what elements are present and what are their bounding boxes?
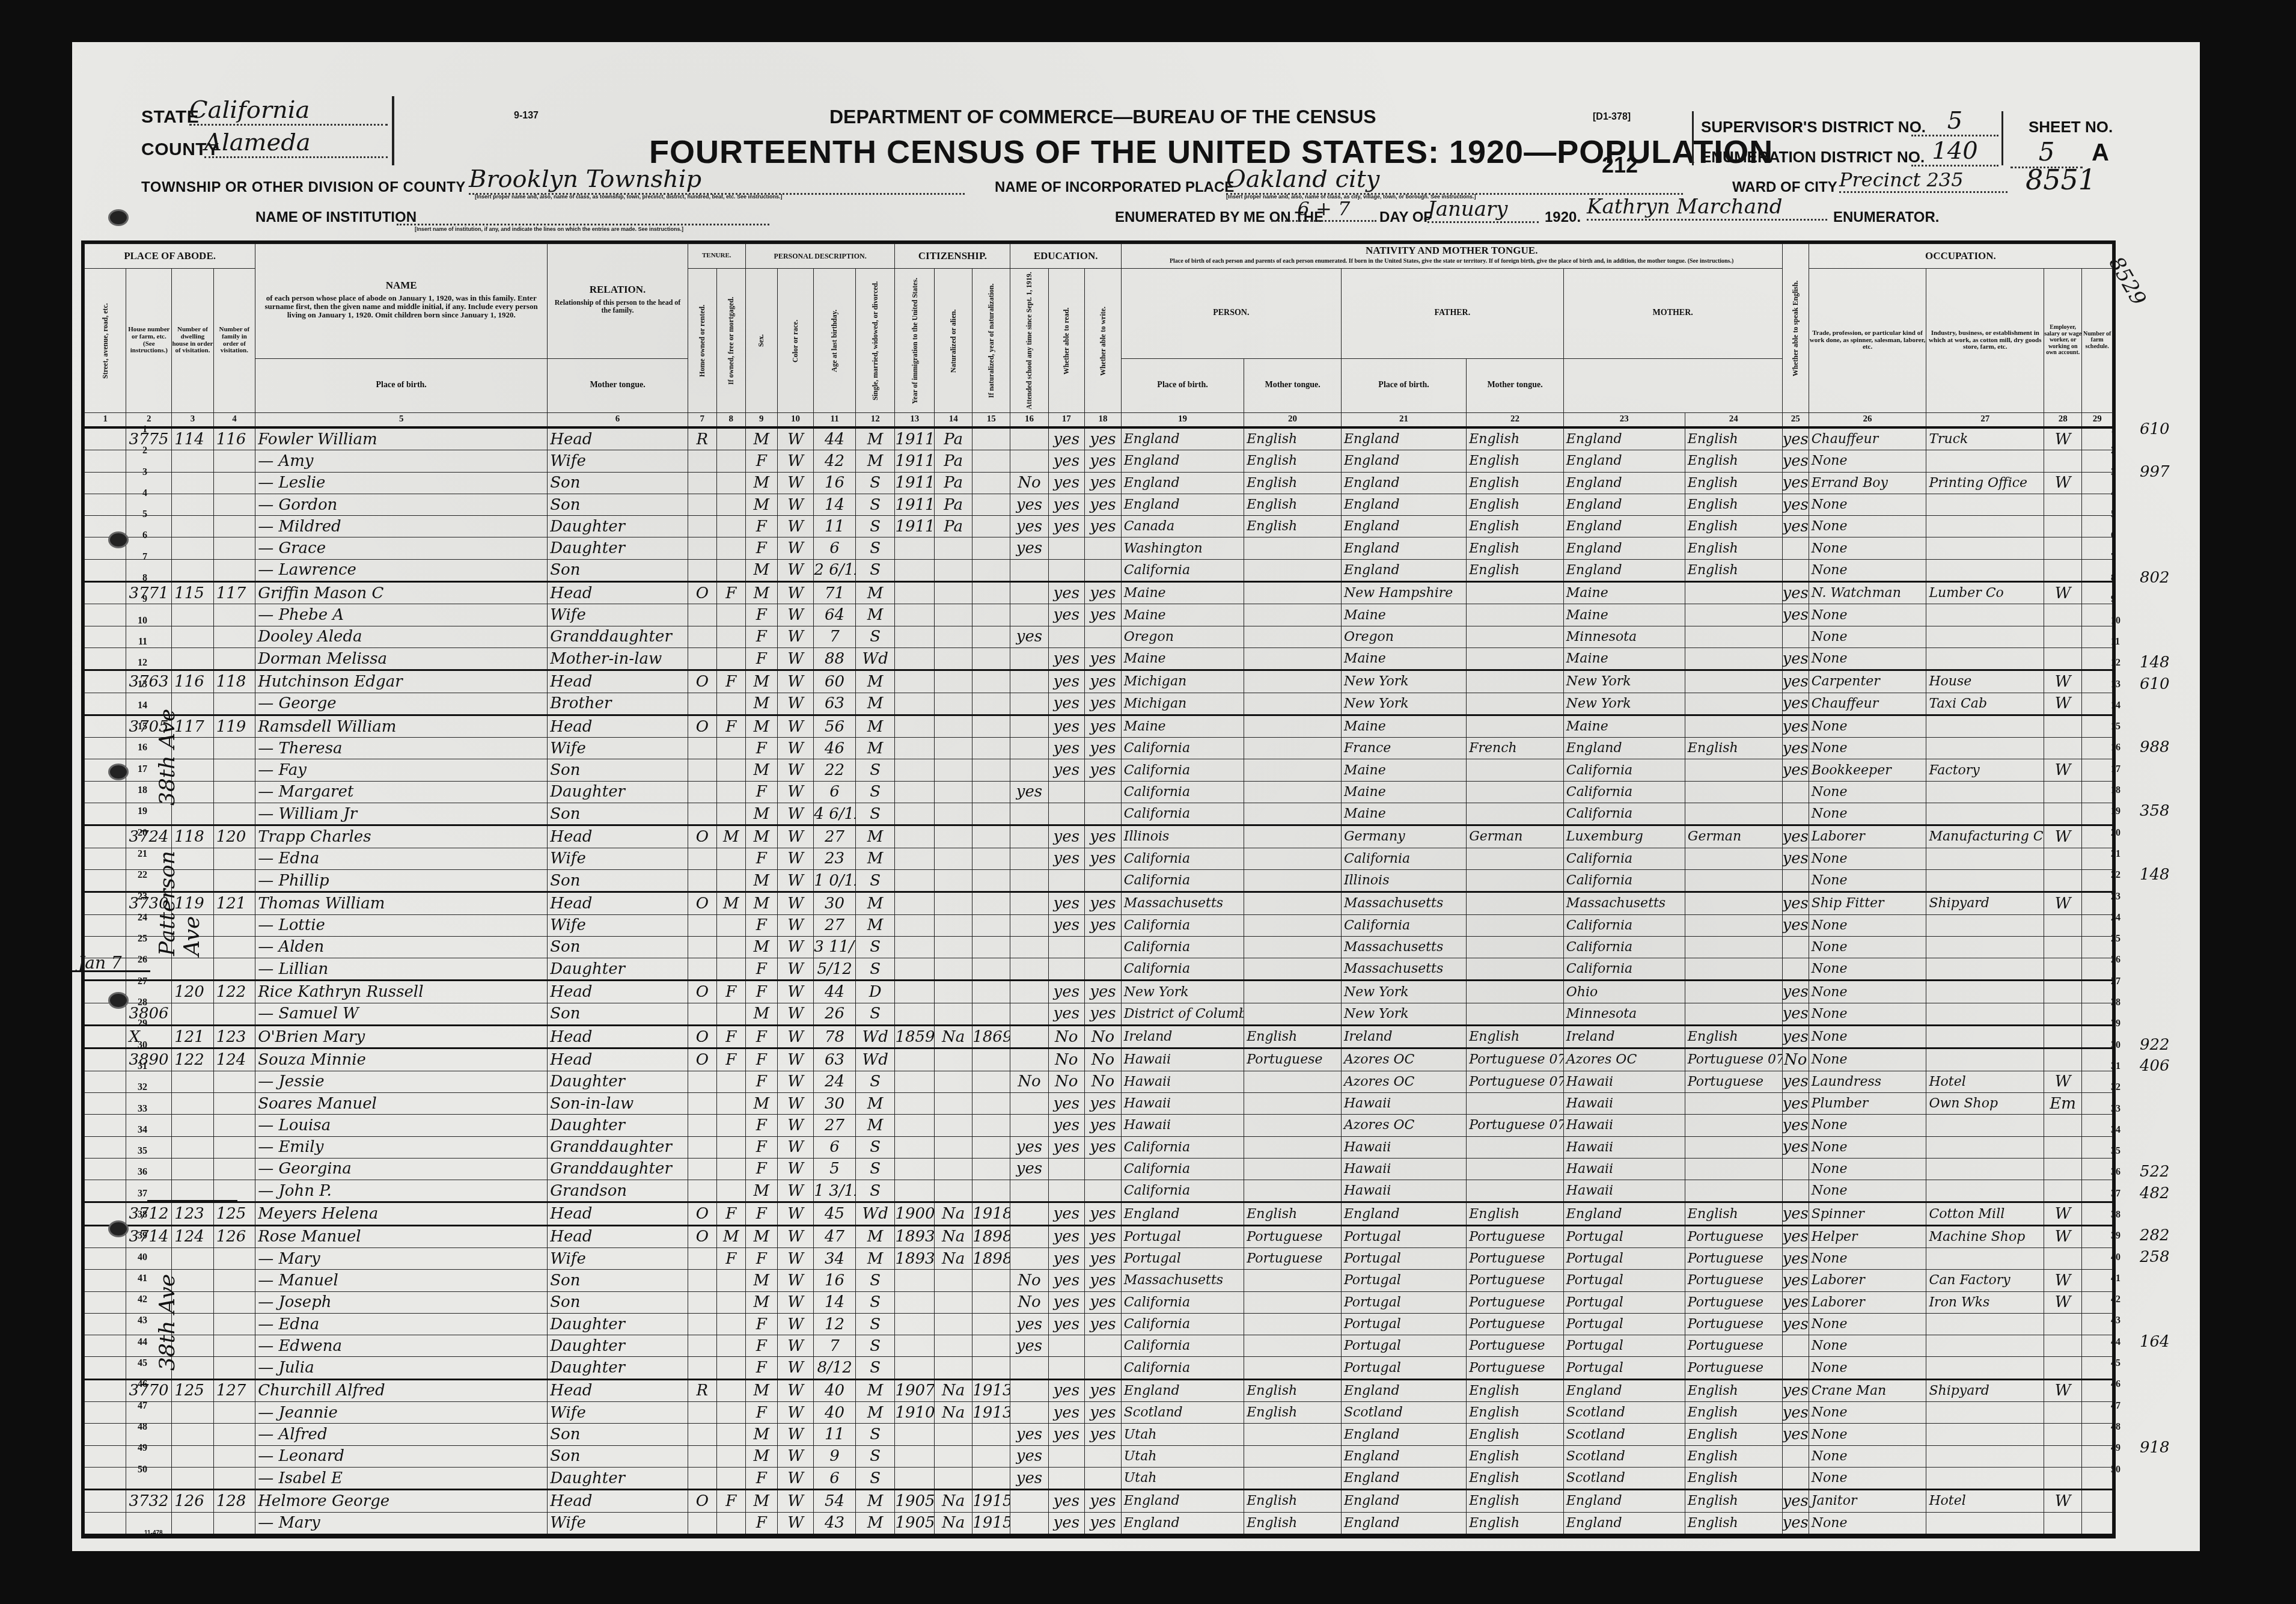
farm-schedule-cell xyxy=(2082,1270,2113,1291)
mortgage-cell xyxy=(716,1003,745,1025)
person-name-cell: — Manuel xyxy=(255,1270,548,1291)
farm-schedule-cell xyxy=(2082,914,2113,936)
home-owned-cell xyxy=(688,738,716,759)
father-tongue-cell: Portuguese 07 xyxy=(1467,1048,1564,1071)
employer-class-cell xyxy=(2044,1158,2082,1180)
can-write-cell: yes xyxy=(1085,1003,1122,1025)
can-write-cell xyxy=(1085,958,1122,981)
mortgage-cell: F xyxy=(716,1247,745,1269)
father-birthplace-cell: Portugal xyxy=(1341,1313,1466,1335)
can-write-cell xyxy=(1085,1180,1122,1202)
line-number: 45 xyxy=(129,1353,147,1374)
employer-class-cell xyxy=(2044,516,2082,537)
col-26-header: Trade, profession, or particular kind of… xyxy=(1809,269,1926,413)
margin-note: 922 xyxy=(2140,1035,2194,1056)
mother-tongue-cell xyxy=(1244,715,1342,737)
mother-mother-tongue-cell xyxy=(1685,604,1782,626)
family-number-cell xyxy=(213,914,255,936)
relation-cell: Head xyxy=(548,670,688,693)
father-birthplace-cell: Massachusetts xyxy=(1341,958,1466,981)
col-8-header: If owned, free or mortgaged. xyxy=(716,269,745,413)
enumerated-year: 1920. xyxy=(1545,209,1581,226)
home-owned-cell xyxy=(688,1291,716,1313)
mortgage-cell xyxy=(716,1357,745,1379)
naturalization-year-cell: 1898 xyxy=(972,1247,1010,1269)
father-birthplace-cell: Hawaii xyxy=(1341,1180,1466,1202)
immigration-year-cell xyxy=(895,869,935,892)
family-number-cell xyxy=(213,1180,255,1202)
family-number-cell xyxy=(213,1335,255,1357)
family-number-cell xyxy=(213,803,255,825)
race-cell: W xyxy=(777,559,814,581)
employer-class-cell: W xyxy=(2044,1490,2082,1512)
relation-cell: Daughter xyxy=(548,958,688,981)
attended-school-cell xyxy=(1010,1003,1048,1025)
margin-note xyxy=(2140,610,2194,631)
mother-mother-tongue-cell xyxy=(1685,582,1782,604)
home-owned-cell xyxy=(688,1313,716,1335)
mother-tongue-cell xyxy=(1244,693,1342,715)
mortgage-cell xyxy=(716,1180,745,1202)
naturalization-year-cell xyxy=(972,1136,1010,1158)
naturalization-year-cell: 1918 xyxy=(972,1202,1010,1225)
mother-mother-tongue-cell xyxy=(1685,1003,1782,1025)
margin-note xyxy=(2140,504,2194,525)
column-number-6: 6 xyxy=(548,413,688,428)
speaks-english-cell xyxy=(1782,1445,1809,1467)
relation-cell: Head xyxy=(548,1490,688,1512)
home-owned-cell xyxy=(688,1071,716,1092)
person-name-cell: Fowler William xyxy=(255,427,548,450)
line-number: 14 xyxy=(129,695,147,716)
margin-note xyxy=(2140,589,2194,610)
marital-status-cell: Wd xyxy=(855,1202,895,1225)
farm-schedule-cell xyxy=(2082,604,2113,626)
can-write-cell xyxy=(1085,1467,1122,1489)
industry-cell: Shipyard xyxy=(1926,892,2044,914)
father-tongue-cell: English xyxy=(1467,1202,1564,1225)
marital-status-cell: S xyxy=(855,516,895,537)
farm-schedule-cell xyxy=(2082,1003,2113,1025)
father-tongue-cell: English xyxy=(1467,1424,1564,1445)
marital-status-cell: M xyxy=(855,848,895,869)
birthplace-cell: Oregon xyxy=(1121,626,1244,647)
table-row: — Phebe AWifeFW64MyesyesMaineMaineMainey… xyxy=(85,604,2113,626)
group-place-of-abode: PLACE OF ABODE. xyxy=(85,244,255,269)
birthplace-cell: England xyxy=(1121,450,1244,472)
attended-school-cell: yes xyxy=(1010,537,1048,559)
margin-note xyxy=(2140,1353,2194,1374)
age-cell: 11 xyxy=(814,1424,855,1445)
mother-birthplace-cell: Maine xyxy=(1563,604,1685,626)
family-number-cell xyxy=(213,693,255,715)
mortgage-cell xyxy=(716,427,745,450)
mother-birthplace-cell: Minnesota xyxy=(1563,1003,1685,1025)
margin-note: 148 xyxy=(2140,652,2194,673)
marital-status-cell: M xyxy=(855,582,895,604)
attended-school-cell: No xyxy=(1010,1291,1048,1313)
mother-birthplace-cell: Portugal xyxy=(1563,1225,1685,1247)
trade-cell: None xyxy=(1809,1003,1926,1025)
farm-schedule-cell xyxy=(2082,516,2113,537)
naturalization-year-cell xyxy=(972,715,1010,737)
farm-schedule-cell xyxy=(2082,715,2113,737)
father-tongue-cell xyxy=(1467,958,1564,981)
immigration-year-cell xyxy=(895,738,935,759)
employer-class-cell xyxy=(2044,1313,2082,1335)
street-annotation-2: Patterson Ave xyxy=(155,806,204,956)
mortgage-cell: M xyxy=(716,892,745,914)
table-row: 3732126128Helmore GeorgeHeadOFMW54M1905N… xyxy=(85,1490,2113,1512)
race-cell: W xyxy=(777,537,814,559)
home-owned-cell: O xyxy=(688,715,716,737)
mortgage-cell xyxy=(716,1512,745,1534)
father-tongue-cell xyxy=(1467,892,1564,914)
marital-status-cell: S xyxy=(855,759,895,781)
farm-schedule-cell xyxy=(2082,981,2113,1003)
birthplace-cell: England xyxy=(1121,1490,1244,1512)
mother-tongue-cell: Portuguese xyxy=(1244,1048,1342,1071)
employer-class-cell xyxy=(2044,1115,2082,1136)
relation-cell: Wife xyxy=(548,604,688,626)
street-cell xyxy=(85,825,126,848)
mother-mother-tongue-cell: Portuguese xyxy=(1685,1291,1782,1313)
speaks-english-cell: yes xyxy=(1782,715,1809,737)
race-cell: W xyxy=(777,1357,814,1379)
trade-cell: Laborer xyxy=(1809,825,1926,848)
speaks-english-cell xyxy=(1782,626,1809,647)
marital-status-cell: S xyxy=(855,1180,895,1202)
birthplace-cell: England xyxy=(1121,427,1244,450)
speaks-english-cell: yes xyxy=(1782,1136,1809,1158)
street-annotation-1: 38th Ave xyxy=(155,433,180,806)
line-number: 10 xyxy=(129,610,147,631)
margin-note xyxy=(2140,1098,2194,1119)
enumerated-day: 6 + 7 xyxy=(1271,197,1376,222)
marital-status-cell: M xyxy=(855,1092,895,1114)
birthplace-cell: Hawaii xyxy=(1121,1092,1244,1114)
family-number-cell xyxy=(213,848,255,869)
speaks-english-cell: yes xyxy=(1782,892,1809,914)
col-28-header: Employer, salary or wage worker, or work… xyxy=(2044,269,2082,413)
mother-birthplace-cell: England xyxy=(1563,1379,1685,1401)
table-row: — AldenSonMW3 11/12SCaliforniaMassachuse… xyxy=(85,936,2113,958)
attended-school-cell: yes xyxy=(1010,1445,1048,1467)
mortgage-cell xyxy=(716,472,745,494)
naturalized-cell xyxy=(935,670,972,693)
table-row: — EdwenaDaughterFW7SyesCaliforniaPortuga… xyxy=(85,1335,2113,1357)
immigration-year-cell: 1905 xyxy=(895,1490,935,1512)
sex-cell: M xyxy=(745,1180,777,1202)
speaks-english-cell: yes xyxy=(1782,1026,1809,1048)
naturalized-cell xyxy=(935,1071,972,1092)
marital-status-cell: M xyxy=(855,693,895,715)
line-number: 31 xyxy=(2111,1056,2135,1077)
line-number: 30 xyxy=(129,1035,147,1056)
line-number: 28 xyxy=(2111,992,2135,1013)
industry-cell xyxy=(1926,1445,2044,1467)
family-number-cell xyxy=(213,494,255,515)
line-number: 38 xyxy=(129,1204,147,1225)
naturalized-cell xyxy=(935,738,972,759)
speaks-english-cell: yes xyxy=(1782,1071,1809,1092)
dwelling-number-cell: 121 xyxy=(172,1026,213,1048)
can-write-cell: yes xyxy=(1085,1202,1122,1225)
naturalization-year-cell: 1913 xyxy=(972,1402,1010,1424)
house-number-cell: 3732 xyxy=(126,1490,172,1512)
can-read-cell: yes xyxy=(1048,715,1085,737)
can-write-cell: yes xyxy=(1085,1379,1122,1401)
mortgage-cell xyxy=(716,958,745,981)
mother-mother-tongue-cell: Portuguese xyxy=(1685,1313,1782,1335)
industry-cell xyxy=(1926,494,2044,515)
speaks-english-cell: yes xyxy=(1782,738,1809,759)
line-number: 39 xyxy=(2111,1225,2135,1246)
father-tongue-cell xyxy=(1467,848,1564,869)
mother-mother-tongue-cell xyxy=(1685,1092,1782,1114)
attended-school-cell xyxy=(1010,869,1048,892)
attended-school-cell: yes xyxy=(1010,494,1048,515)
relation-cell: Son xyxy=(548,759,688,781)
race-cell: W xyxy=(777,1512,814,1534)
employer-class-cell xyxy=(2044,1424,2082,1445)
industry-cell xyxy=(1926,1247,2044,1269)
immigration-year-cell xyxy=(895,1136,935,1158)
employer-class-cell: W xyxy=(2044,582,2082,604)
age-cell: 60 xyxy=(814,670,855,693)
person-name-cell: Hutchinson Edgar xyxy=(255,670,548,693)
sex-cell: M xyxy=(745,1379,777,1401)
mother-birthplace-cell: Portugal xyxy=(1563,1291,1685,1313)
sex-cell: F xyxy=(745,1071,777,1092)
table-row: — LillianDaughterFW5/12SCaliforniaMassac… xyxy=(85,958,2113,981)
col-21-header: Place of birth. xyxy=(1121,359,1244,413)
immigration-year-cell xyxy=(895,1467,935,1489)
trade-cell: None xyxy=(1809,1335,1926,1357)
naturalized-cell: Pa xyxy=(935,494,972,515)
person-name-cell: — Gordon xyxy=(255,494,548,515)
marital-status-cell: M xyxy=(855,715,895,737)
farm-schedule-cell xyxy=(2082,537,2113,559)
person-name-cell: Meyers Helena xyxy=(255,1202,548,1225)
table-row: — JuliaDaughterFW8/12SCaliforniaPortugal… xyxy=(85,1357,2113,1379)
mother-birthplace-cell: California xyxy=(1563,848,1685,869)
mother-tongue-cell xyxy=(1244,1467,1342,1489)
institution-value xyxy=(397,221,769,225)
trade-cell: Carpenter xyxy=(1809,670,1926,693)
race-cell: W xyxy=(777,738,814,759)
line-number: 26 xyxy=(2111,949,2135,970)
line-number: 37 xyxy=(2111,1183,2135,1204)
farm-schedule-cell xyxy=(2082,559,2113,581)
relation-cell: Son xyxy=(548,472,688,494)
father-birthplace-cell: England xyxy=(1341,1379,1466,1401)
dwelling-number-cell: 120 xyxy=(172,981,213,1003)
margin-note: 148 xyxy=(2140,865,2194,886)
father-birthplace-cell: Portugal xyxy=(1341,1270,1466,1291)
line-number: 31 xyxy=(129,1056,147,1077)
race-cell: W xyxy=(777,1379,814,1401)
home-owned-cell xyxy=(688,516,716,537)
margin-note: 522 xyxy=(2140,1162,2194,1183)
table-row: — GeorgeBrotherMW63MyesyesMichiganNew Yo… xyxy=(85,693,2113,715)
father-tongue-cell xyxy=(1467,1180,1564,1202)
age-cell: 14 xyxy=(814,1291,855,1313)
employer-class-cell xyxy=(2044,604,2082,626)
birthplace-cell: England xyxy=(1121,1379,1244,1401)
mother-tongue-cell: Portuguese xyxy=(1244,1225,1342,1247)
naturalized-cell xyxy=(935,1180,972,1202)
attended-school-cell: yes xyxy=(1010,1136,1048,1158)
marital-status-cell: S xyxy=(855,958,895,981)
birthplace-cell: Massachusetts xyxy=(1121,1270,1244,1291)
family-number-cell xyxy=(213,604,255,626)
naturalization-year-cell xyxy=(972,559,1010,581)
family-number-cell: 127 xyxy=(213,1379,255,1401)
naturalization-year-cell xyxy=(972,1071,1010,1092)
mother-mother-tongue-cell: English xyxy=(1685,537,1782,559)
father-tongue-cell xyxy=(1467,670,1564,693)
age-cell: 64 xyxy=(814,604,855,626)
industry-cell xyxy=(1926,1357,2044,1379)
can-read-cell: yes xyxy=(1048,892,1085,914)
family-number-cell xyxy=(213,759,255,781)
employer-class-cell xyxy=(2044,914,2082,936)
naturalized-cell xyxy=(935,869,972,892)
mortgage-cell xyxy=(716,1313,745,1335)
naturalized-cell: Pa xyxy=(935,450,972,472)
mother-mother-tongue-cell: English xyxy=(1685,738,1782,759)
age-cell: 5/12 xyxy=(814,958,855,981)
trade-cell: None xyxy=(1809,537,1926,559)
birthplace-cell: Hawaii xyxy=(1121,1071,1244,1092)
trade-cell: Ship Fitter xyxy=(1809,892,1926,914)
margin-note: 258 xyxy=(2140,1247,2194,1268)
naturalized-cell: Pa xyxy=(935,472,972,494)
incorporated-place-value: Oakland city xyxy=(1226,165,1683,195)
mortgage-cell: F xyxy=(716,981,745,1003)
immigration-year-cell xyxy=(895,670,935,693)
attended-school-cell xyxy=(1010,604,1048,626)
employer-class-cell xyxy=(2044,626,2082,647)
marital-status-cell: Wd xyxy=(855,1026,895,1048)
naturalization-year-cell xyxy=(972,936,1010,958)
employer-class-cell: Em xyxy=(2044,1092,2082,1114)
can-read-cell xyxy=(1048,936,1085,958)
speaks-english-cell: No xyxy=(1782,1048,1809,1071)
person-name-cell: — Lottie xyxy=(255,914,548,936)
relation-cell: Son xyxy=(548,1291,688,1313)
marital-status-cell: S xyxy=(855,626,895,647)
industry-cell xyxy=(1926,1180,2044,1202)
sex-cell: F xyxy=(745,1115,777,1136)
marital-status-cell: S xyxy=(855,781,895,803)
speaks-english-cell xyxy=(1782,936,1809,958)
attended-school-cell xyxy=(1010,738,1048,759)
mother-tongue-cell xyxy=(1244,1424,1342,1445)
home-owned-cell xyxy=(688,1445,716,1467)
farm-schedule-cell xyxy=(2082,647,2113,670)
person-name-cell: Thomas William xyxy=(255,892,548,914)
trade-cell: None xyxy=(1809,715,1926,737)
table-row: — EmilyGranddaughterFW6SyesyesyesCalifor… xyxy=(85,1136,2113,1158)
home-owned-cell: O xyxy=(688,670,716,693)
can-read-cell: yes xyxy=(1048,450,1085,472)
line-number: 41 xyxy=(2111,1268,2135,1289)
farm-schedule-cell xyxy=(2082,1115,2113,1136)
race-cell: W xyxy=(777,803,814,825)
mother-mother-tongue-cell xyxy=(1685,1180,1782,1202)
dwelling-number-cell: 125 xyxy=(172,1379,213,1401)
person-name-cell: — Jeannie xyxy=(255,1402,548,1424)
street-cell xyxy=(85,1115,126,1136)
trade-cell: None xyxy=(1809,958,1926,981)
margin-note xyxy=(2140,525,2194,546)
naturalized-cell xyxy=(935,1270,972,1291)
race-cell: W xyxy=(777,1313,814,1335)
col-11-header: Age at last birthday. xyxy=(814,269,855,413)
age-cell: 88 xyxy=(814,647,855,670)
father-tongue-cell xyxy=(1467,914,1564,936)
col-15-header: If naturalized, year of naturalization. xyxy=(972,269,1010,413)
employer-class-cell xyxy=(2044,559,2082,581)
can-write-cell xyxy=(1085,626,1122,647)
father-tongue-cell xyxy=(1467,715,1564,737)
attended-school-cell: No xyxy=(1010,472,1048,494)
relation-cell: Daughter xyxy=(548,1071,688,1092)
line-number: 4 xyxy=(129,483,147,504)
sex-cell: F xyxy=(745,1335,777,1357)
trade-cell: None xyxy=(1809,647,1926,670)
col-2-header: House number or farm, etc. (See instruct… xyxy=(126,269,172,413)
trade-cell: None xyxy=(1809,848,1926,869)
marital-status-cell: M xyxy=(855,914,895,936)
naturalization-year-cell xyxy=(972,869,1010,892)
naturalization-year-cell xyxy=(972,472,1010,494)
column-number-28: 28 xyxy=(2044,413,2082,428)
margin-number-top: 8551 xyxy=(2026,164,2096,196)
speaks-english-cell: yes xyxy=(1782,1202,1809,1225)
industry-cell xyxy=(1926,958,2044,981)
table-row: 3705117119Ramsdell WilliamHeadOFMW56Myes… xyxy=(85,715,2113,737)
relation-cell: Grandson xyxy=(548,1180,688,1202)
mother-birthplace-cell: England xyxy=(1563,494,1685,515)
table-row: 3724118120Trapp CharlesHeadOMMW27Myesyes… xyxy=(85,825,2113,848)
father-tongue-cell xyxy=(1467,647,1564,670)
sex-cell: F xyxy=(745,626,777,647)
birthplace-cell: Michigan xyxy=(1121,670,1244,693)
ward-label: WARD OF CITY xyxy=(1732,179,1837,196)
mother-mother-tongue-cell xyxy=(1685,626,1782,647)
birthplace-cell: Portugal xyxy=(1121,1247,1244,1269)
margin-note: 164 xyxy=(2140,1332,2194,1353)
industry-cell xyxy=(1926,626,2044,647)
can-write-cell: yes xyxy=(1085,1136,1122,1158)
home-owned-cell xyxy=(688,450,716,472)
street-cell xyxy=(85,803,126,825)
employer-class-cell xyxy=(2044,936,2082,958)
age-cell: 16 xyxy=(814,472,855,494)
mortgage-cell: F xyxy=(716,1490,745,1512)
can-read-cell xyxy=(1048,1445,1085,1467)
street-cell xyxy=(85,1026,126,1048)
column-number-5: 5 xyxy=(255,413,548,428)
father-birthplace-cell: Hawaii xyxy=(1341,1158,1466,1180)
person-name-cell: — Edna xyxy=(255,1313,548,1335)
industry-cell xyxy=(1926,1136,2044,1158)
father-birthplace-cell: Scotland xyxy=(1341,1402,1466,1424)
line-number: 34 xyxy=(2111,1119,2135,1140)
